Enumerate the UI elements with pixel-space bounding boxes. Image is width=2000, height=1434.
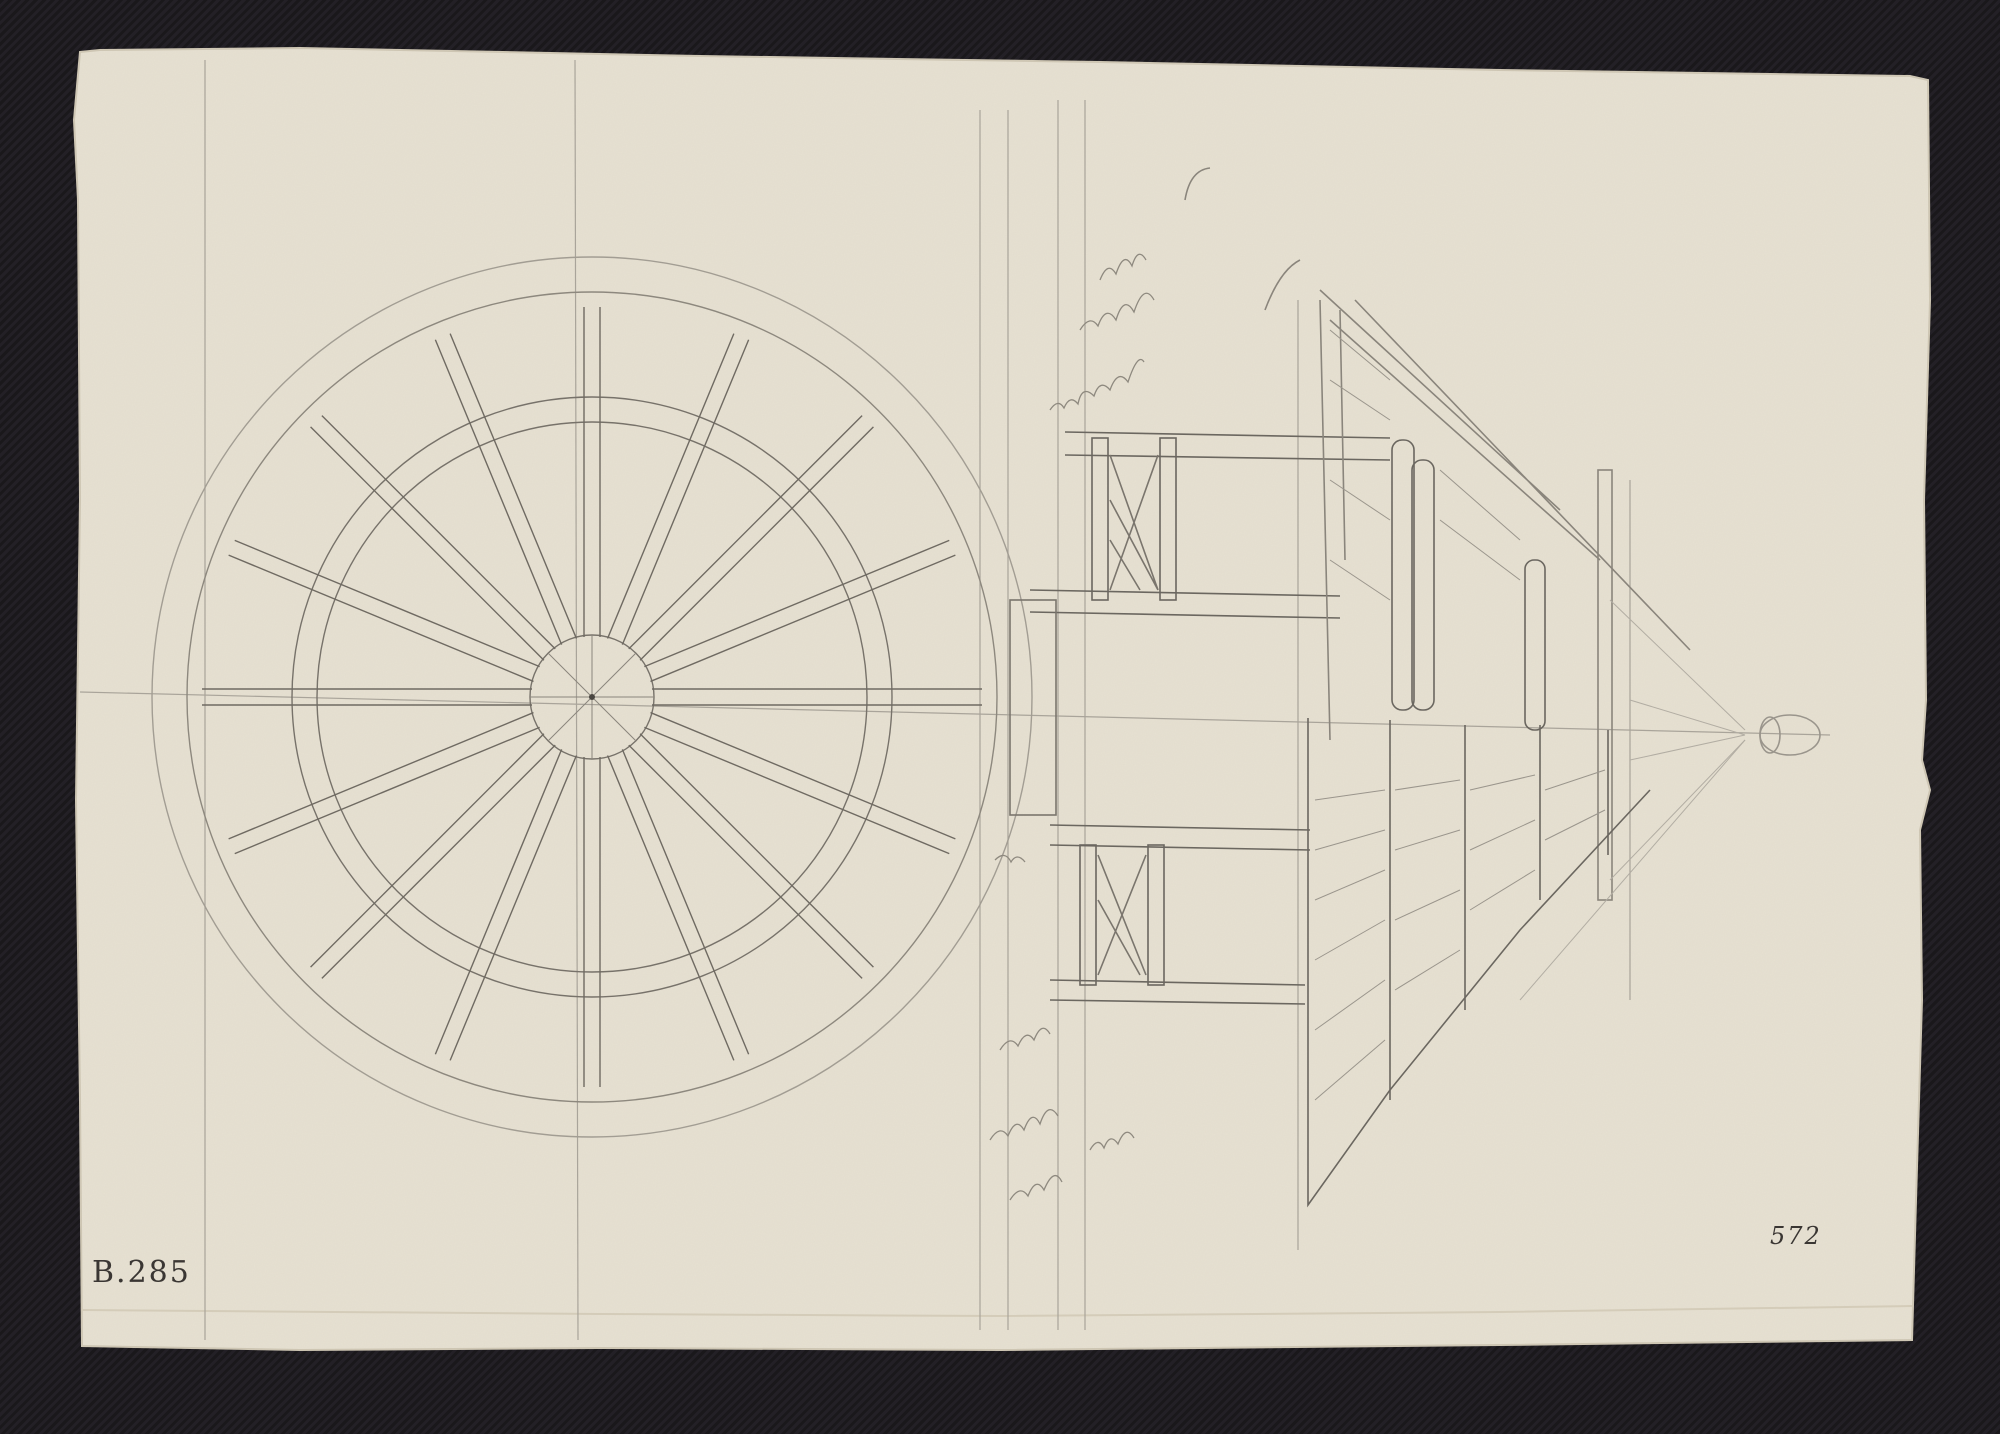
catalog-number-inscription: B.285: [92, 1255, 191, 1290]
folio-number-inscription: 572: [1770, 1222, 1822, 1250]
drawing-sheet: [0, 0, 2000, 1434]
